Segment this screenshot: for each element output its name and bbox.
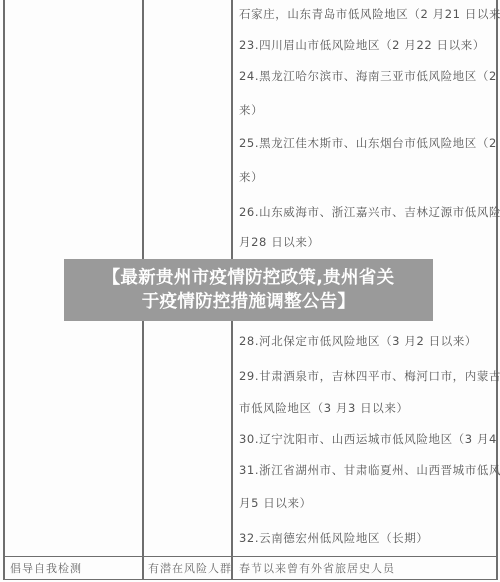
banner-title-line-1: 【最新贵州市疫情防控政策,贵州省关 [103,266,395,290]
list-item: 29.甘肃酒泉市，吉林四平市、梅河口市，内蒙古鄂尔多斯 [239,369,500,383]
list-item: 32.云南德宏州低风险地区（长期） [239,531,429,545]
list-item: 月28 日以来） [239,235,320,249]
list-item: 来） [239,170,263,184]
list-item: 24.黑龙江哈尔滨市、海南三亚市低风险地区（2 月24 日以 [239,69,500,83]
list-item: 26.山东威海市、浙江嘉兴市、吉林辽源市低风险地区（2 [239,205,500,219]
table-border-right [496,0,498,580]
list-item: 25.黑龙江佳木斯市、山东烟台市低风险地区（2 月26 日以 [239,136,500,150]
scope-cell: 春节以来曾有外省旅居史人员 [239,562,395,576]
list-item: 28.河北保定市低风险地区（3 月2 日以来） [239,334,477,348]
group-cell: 有潜在风险人群 [148,562,232,576]
table-row-divider [3,556,498,557]
banner-title-line-2: 于疫情防控措施调整公告】 [142,290,356,314]
list-item: 30.辽宁沈阳市、山西运城市低风险地区（3 月4 日以来） [239,432,500,446]
list-item: 31.浙江省湖州市、甘肃临夏州、山西晋城市低风险地区（3 [239,463,500,477]
list-item: 月5 日以来） [239,496,312,510]
table-border-bottom [3,579,498,580]
list-item: 市低风险地区（3 月3 日以来） [239,401,409,415]
measure-cell: 倡导自我检测 [10,562,82,576]
list-item: 石家庄，山东青岛市低风险地区（2 月21 日以来） [239,7,500,21]
title-overlay-banner: 【最新贵州市疫情防控政策,贵州省关 于疫情防控措施调整公告】 [64,259,433,321]
table-border-left [3,0,5,580]
list-item: 来） [239,103,263,117]
document-page: 石家庄，山东青岛市低风险地区（2 月21 日以来）23.四川眉山市低风险地区（2… [0,0,500,582]
list-item: 23.四川眉山市低风险地区（2 月22 日以来） [239,38,485,52]
